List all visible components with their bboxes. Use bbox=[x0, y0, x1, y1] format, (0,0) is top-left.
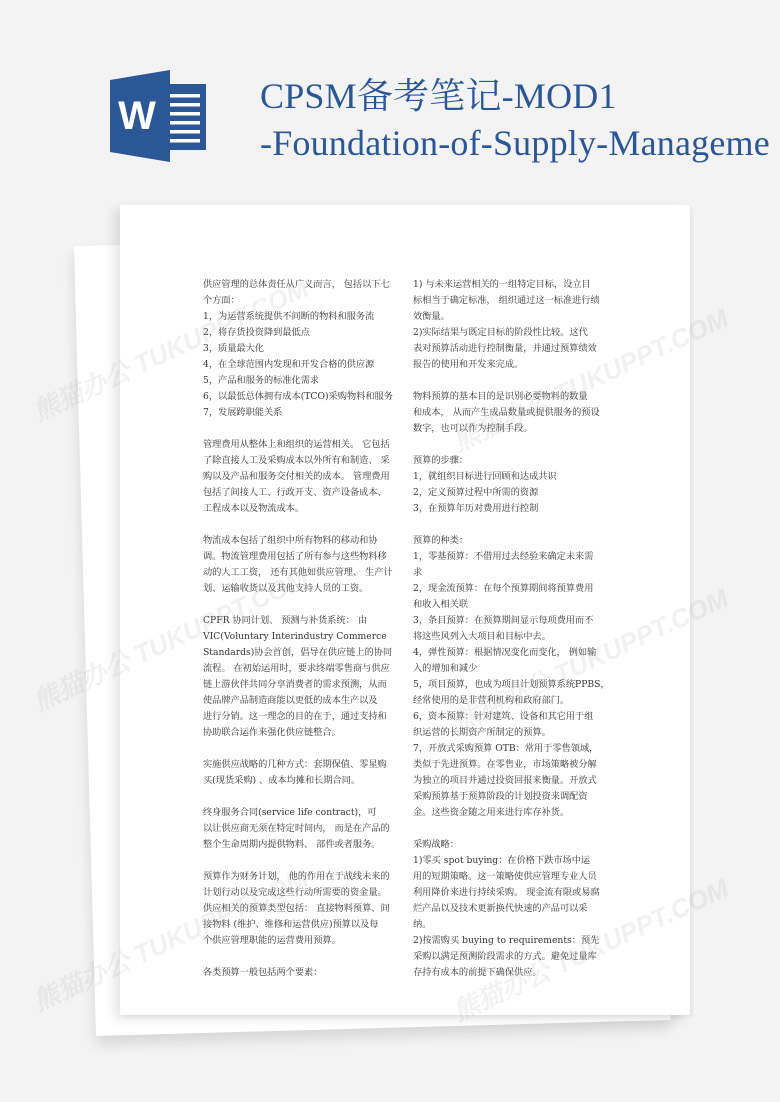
text-line: 供应相关的预算类型包括： 直接物料预算、间 bbox=[203, 901, 399, 917]
text-line: 调。物流管理费用包括了所有参与这些物料移 bbox=[203, 549, 399, 565]
word-document-icon: W bbox=[108, 68, 210, 164]
text-line: 工程成本以及物流成本。 bbox=[203, 501, 399, 517]
text-line: 织运营的长期资产所制定的预算。 bbox=[413, 725, 609, 741]
text-line: 进行分销。这一理念的目的在于，通过支持和 bbox=[203, 709, 399, 725]
document-title-line2: -Foundation-of-Supply-Manageme bbox=[260, 122, 770, 164]
document-page-preview: 供应管理的总体责任从广义而言， 包括以下七个方面：1，为运营系统提供不间断的物料… bbox=[120, 205, 690, 1015]
text-line: 入的增加和减少 bbox=[413, 661, 609, 677]
text-line: 采购预算基于预算阶段的计划投资来调配资 bbox=[413, 789, 609, 805]
text-line: 5，产品和服务的标准化需求 bbox=[203, 373, 399, 389]
text-line: 标相当于确定标准， 组织通过这一标准进行绩 bbox=[413, 293, 609, 309]
text-line: 金。这些资金随之用来进行库存补货。 bbox=[413, 805, 609, 821]
left-column: 供应管理的总体责任从广义而言， 包括以下七个方面：1，为运营系统提供不间断的物料… bbox=[203, 277, 399, 997]
text-line: 5，项目预算，也成为项目计划预算系统PPBS， bbox=[413, 677, 609, 693]
text-line: 将这些风列入大项目和目标中去。 bbox=[413, 629, 609, 645]
paragraph: 物料预算的基本目的是识别必要物料的数量和成本， 从而产生成品数量或提供服务的预设… bbox=[413, 389, 609, 437]
text-line: 和收入相关联 bbox=[413, 597, 609, 613]
text-line: 管理费用从整体上和组织的运营相关。 它包括 bbox=[203, 437, 399, 453]
text-line: 物流成本包括了组织中所有物料的移动和协 bbox=[203, 533, 399, 549]
text-line: 个供应管理职能的运营费用预算。 bbox=[203, 933, 399, 949]
text-line: 划、运输收货以及其他支持人员的工资。 bbox=[203, 581, 399, 597]
text-line: 1，就组织目标进行回顾和达成共识 bbox=[413, 469, 609, 485]
document-title-line1: CPSM备考笔记-MOD1 bbox=[260, 68, 617, 119]
text-line: 实施供应战略的几种方式：套期保值、零星购 bbox=[203, 757, 399, 773]
text-line: 2，定义预算过程中所需的资源 bbox=[413, 485, 609, 501]
paragraph: CPFR 协同计划、 预测与补货系统： 由VIC(Voluntary Inter… bbox=[203, 613, 399, 741]
text-line: 2)实际结果与既定目标的阶段性比较。这代 bbox=[413, 325, 609, 341]
paragraph: 预算作为财务计划， 他的作用在于战线未来的计划行动以及完成这些行动所需要的资金量… bbox=[203, 869, 399, 949]
paragraph: 各类预算一般包括两个要素： bbox=[203, 965, 399, 981]
text-line: 购以及产品和服务交付相关的成本。 管理费用 bbox=[203, 469, 399, 485]
text-line: 1)零买 spot buying：在价格下跌市场中运 bbox=[413, 853, 609, 869]
text-line: 3，条目预算：在预算期间显示每项费用而不 bbox=[413, 613, 609, 629]
text-line: 使品牌产品制造商能以更低的成本生产以及 bbox=[203, 693, 399, 709]
text-line: 流程。 在初始运用时，要求终端零售商与供应 bbox=[203, 661, 399, 677]
text-line: 了除直接人工及采购成本以外所有和制造、 采 bbox=[203, 453, 399, 469]
svg-text:W: W bbox=[118, 94, 156, 138]
text-line: 链上游伙伴共同分享消费者的需求预测，从而 bbox=[203, 677, 399, 693]
text-line: 烂产品以及技术更新换代快速的产品可以采 bbox=[413, 901, 609, 917]
right-column: 1) 与未来运营相关的一组特定目标，设立目标相当于确定标准， 组织通过这一标准进… bbox=[413, 277, 609, 997]
text-line: Standards)协会首创，倡导在供应链上的协同 bbox=[203, 645, 399, 661]
paragraph: 预算的种类：1，零基预算：不借用过去经验来确定未来需求2，现金流预算：在每个预算… bbox=[413, 533, 609, 821]
text-line: 利用降价来进行持续采购。 现金流有限或易腐 bbox=[413, 885, 609, 901]
text-line: 包括了间接人工、行政开支、资产设备成本、 bbox=[203, 485, 399, 501]
text-line: 整个生命周期内提供物料、 部件或者服务。 bbox=[203, 837, 399, 853]
text-line: 各类预算一般包括两个要素： bbox=[203, 965, 399, 981]
text-line: 纳。 bbox=[413, 917, 609, 933]
text-line: CPFR 协同计划、 预测与补货系统： 由 bbox=[203, 613, 399, 629]
text-line: 类似于先进预算。在零售业，市场策略被分解 bbox=[413, 757, 609, 773]
text-line: 计划行动以及完成这些行动所需要的资金量。 bbox=[203, 885, 399, 901]
text-line: 用的短期策略。这一策略使供应管理专业人员 bbox=[413, 869, 609, 885]
paragraph: 1) 与未来运营相关的一组特定目标，设立目标相当于确定标准， 组织通过这一标准进… bbox=[413, 277, 609, 373]
text-line: VIC(Voluntary Interindustry Commerce bbox=[203, 629, 399, 645]
text-line: 求 bbox=[413, 565, 609, 581]
paragraph: 管理费用从整体上和组织的运营相关。 它包括了除直接人工及采购成本以外所有和制造、… bbox=[203, 437, 399, 517]
text-line: 预算的种类： bbox=[413, 533, 609, 549]
paragraph: 供应管理的总体责任从广义而言， 包括以下七个方面：1，为运营系统提供不间断的物料… bbox=[203, 277, 399, 421]
text-line: 采购战略： bbox=[413, 837, 609, 853]
document-header: W CPSM备考笔记-MOD1 -Foundation-of-Supply-Ma… bbox=[0, 0, 780, 200]
text-line: 终身服务合同(service life contract)，可 bbox=[203, 805, 399, 821]
text-line: 7，发展跨职能关系 bbox=[203, 405, 399, 421]
paragraph: 实施供应战略的几种方式：套期保值、零星购买(现货采购) 、成本均摊和长期合同。 bbox=[203, 757, 399, 789]
text-line: 采购以满足预测阶段需求的方式。避免过量库 bbox=[413, 949, 609, 965]
text-line: 6，以最低总体拥有成本(TCO)采购物料和服务 bbox=[203, 389, 399, 405]
paragraph: 物流成本包括了组织中所有物料的移动和协调。物流管理费用包括了所有参与这些物料移动… bbox=[203, 533, 399, 597]
text-line: 物料预算的基本目的是识别必要物料的数量 bbox=[413, 389, 609, 405]
text-line: 买(现货采购) 、成本均摊和长期合同。 bbox=[203, 773, 399, 789]
text-line: 和成本， 从而产生成品数量或提供服务的预设 bbox=[413, 405, 609, 421]
text-line: 1，零基预算：不借用过去经验来确定未来需 bbox=[413, 549, 609, 565]
text-line: 个方面： bbox=[203, 293, 399, 309]
text-line: 数字，也可以作为控制手段。 bbox=[413, 421, 609, 437]
text-line: 4，在全球范围内发现和开发合格的供应源 bbox=[203, 357, 399, 373]
text-line: 协助联合运作来强化供应链整合。 bbox=[203, 725, 399, 741]
text-line: 6，资本预算：针对建筑、设备和其它用于组 bbox=[413, 709, 609, 725]
text-line: 为独立的项目并通过投资回报来衡量。开放式 bbox=[413, 773, 609, 789]
text-line: 2，将存货投资降到最低点 bbox=[203, 325, 399, 341]
text-line: 预算作为财务计划， 他的作用在于战线未来的 bbox=[203, 869, 399, 885]
text-line: 以让供应商无须在特定时间内， 而是在产品的 bbox=[203, 821, 399, 837]
text-line: 经常使用的是非营利机构和政府部门。 bbox=[413, 693, 609, 709]
text-line: 供应管理的总体责任从广义而言， 包括以下七 bbox=[203, 277, 399, 293]
text-line: 效衡量。 bbox=[413, 309, 609, 325]
text-line: 动的人工工资， 还有其他如供应管理、 生产计 bbox=[203, 565, 399, 581]
text-line: 表对预算活动进行控制衡量，并通过预算绩效 bbox=[413, 341, 609, 357]
text-line: 1) 与未来运营相关的一组特定目标，设立目 bbox=[413, 277, 609, 293]
text-line: 预算的步骤： bbox=[413, 453, 609, 469]
text-line: 7，开放式采购预算 OTB：常用于零售领域， bbox=[413, 741, 609, 757]
text-line: 2)按需购买 buying to requirements：预先 bbox=[413, 933, 609, 949]
paragraph: 预算的步骤：1，就组织目标进行回顾和达成共识2，定义预算过程中所需的资源3，在预… bbox=[413, 453, 609, 517]
text-line: 4，弹性预算：根据情况变化而变化， 例如输 bbox=[413, 645, 609, 661]
paragraph: 采购战略：1)零买 spot buying：在价格下跌市场中运用的短期策略。这一… bbox=[413, 837, 609, 981]
text-line: 报告的使用和开发来完成。 bbox=[413, 357, 609, 373]
text-line: 3，质量最大化 bbox=[203, 341, 399, 357]
text-line: 接物料 (维护、维修和运营供应)预算以及每 bbox=[203, 917, 399, 933]
text-line: 3，在预算年历对费用进行控制 bbox=[413, 501, 609, 517]
text-line: 存持有成本的前提下确保供应。 bbox=[413, 965, 609, 981]
text-line: 1，为运营系统提供不间断的物料和服务流 bbox=[203, 309, 399, 325]
text-line: 2，现金流预算：在每个预算期间将预算费用 bbox=[413, 581, 609, 597]
paragraph: 终身服务合同(service life contract)，可以让供应商无须在特… bbox=[203, 805, 399, 853]
